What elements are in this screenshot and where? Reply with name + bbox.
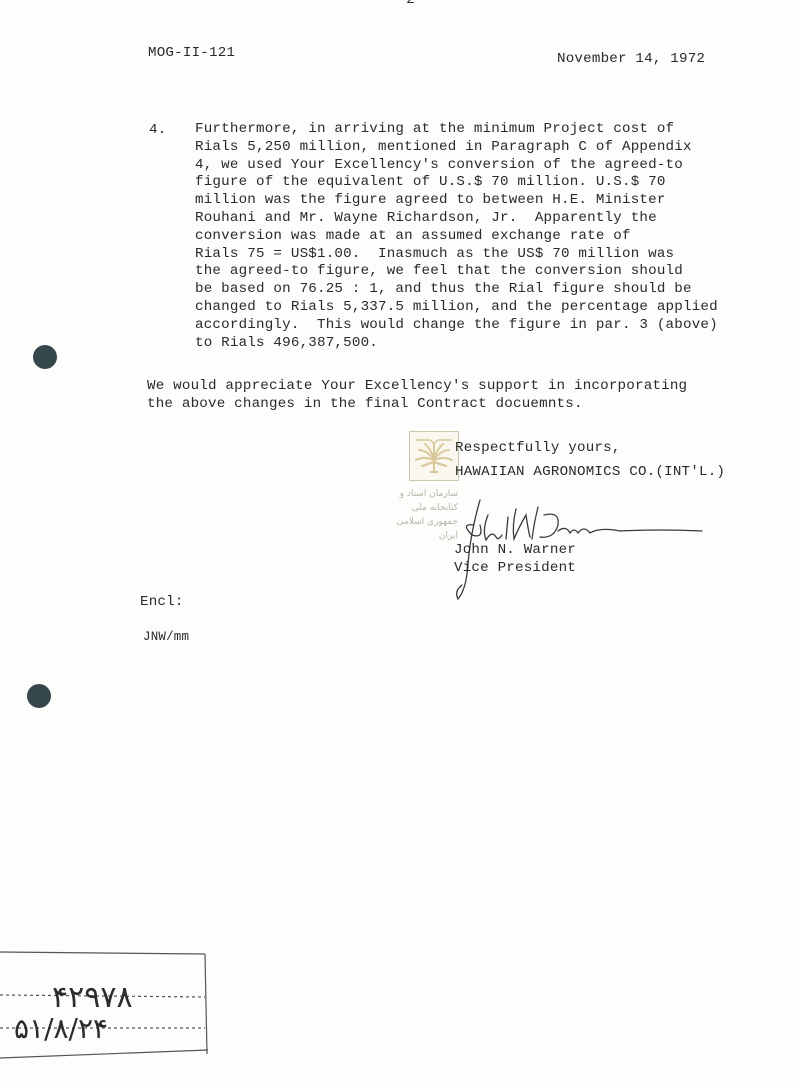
signer-block: John N. Warner Vice President — [454, 541, 576, 577]
signer-name: John N. Warner — [454, 541, 576, 559]
paragraph-line: Rials 5,250 million, mentioned in Paragr… — [195, 139, 755, 157]
page-number: - 2 - — [389, 0, 432, 8]
closing-line: the above changes in the final Contract … — [147, 396, 687, 414]
paragraph-line: to Rials 496,387,500. — [195, 335, 755, 353]
closing-paragraph: We would appreciate Your Excellency's su… — [147, 378, 687, 414]
enclosure-label: Encl: — [140, 594, 184, 610]
reference-number: MOG-II-121 — [148, 45, 235, 61]
paragraph-4: Furthermore, in arriving at the minimum … — [195, 121, 755, 352]
registration-number: ۴۲۹۷۸ — [52, 980, 133, 1015]
paragraph-line: million was the figure agreed to between… — [195, 192, 755, 210]
letter-date: November 14, 1972 — [557, 51, 705, 67]
company-name: HAWAIIAN AGRONOMICS CO.(INT'L.) — [455, 464, 725, 482]
registration-stamp: ۴۲۹۷۸ ۵۱/۸/۲۴ — [0, 940, 210, 1083]
paragraph-line: conversion was made at an assumed exchan… — [195, 228, 755, 246]
paragraph-line: figure of the equivalent of U.S.$ 70 mil… — [195, 174, 755, 192]
signer-title: Vice President — [454, 559, 576, 577]
signature-block: Respectfully yours, HAWAIIAN AGRONOMICS … — [455, 440, 725, 482]
hole-punch-mark — [27, 684, 51, 708]
paragraph-line: changed to Rials 5,337.5 million, and th… — [195, 299, 755, 317]
paragraph-line: be based on 76.25 : 1, and thus the Rial… — [195, 281, 755, 299]
paragraph-line: accordingly. This would change the figur… — [195, 317, 755, 335]
paragraph-line: Rouhani and Mr. Wayne Richardson, Jr. Ap… — [195, 210, 755, 228]
tree-logo-icon — [409, 431, 459, 481]
paragraph-line: the agreed-to figure, we feel that the c… — [195, 263, 755, 281]
registration-date: ۵۱/۸/۲۴ — [14, 1012, 108, 1045]
closing-line: We would appreciate Your Excellency's su… — [147, 378, 687, 396]
salutation: Respectfully yours, — [455, 440, 725, 458]
paragraph-line: Rials 75 = US$1.00. Inasmuch as the US$ … — [195, 246, 755, 264]
hole-punch-mark — [33, 345, 57, 369]
typist-initials: JNW/mm — [143, 630, 189, 644]
paragraph-number: 4. — [149, 122, 166, 138]
paragraph-line: Furthermore, in arriving at the minimum … — [195, 121, 755, 139]
paragraph-line: 4, we used Your Excellency's conversion … — [195, 157, 755, 175]
